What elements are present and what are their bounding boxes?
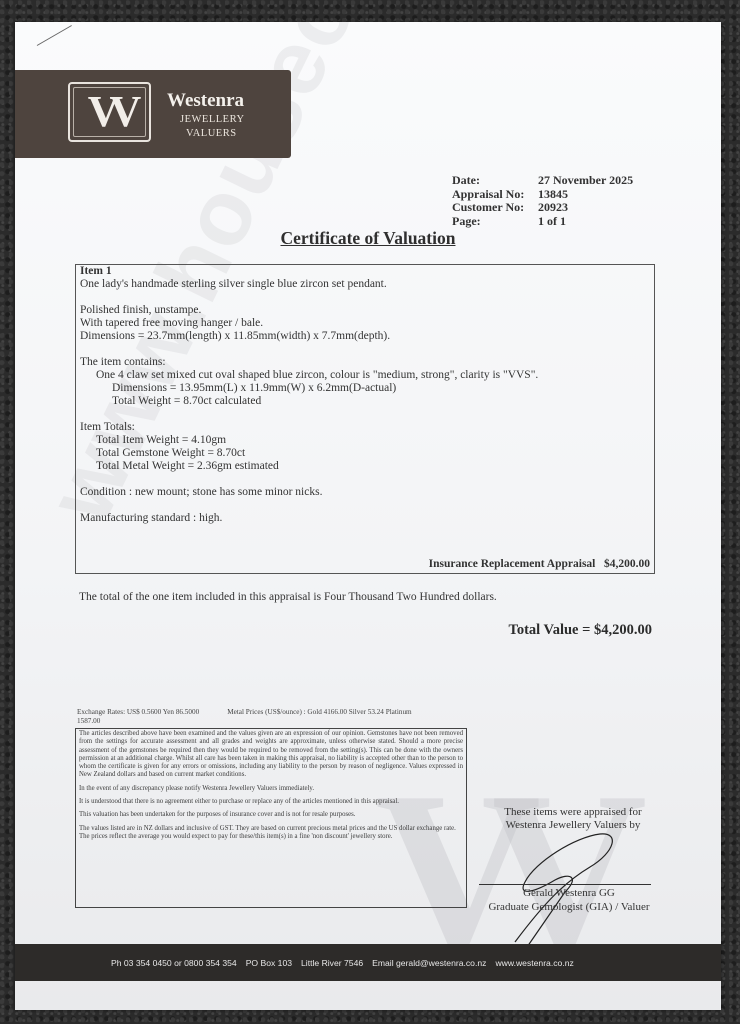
terms-paragraph: The articles described above have been e… xyxy=(79,730,463,780)
brand-header: VV Westenra JEWELLERY VALUERS xyxy=(15,70,291,158)
stone-dimensions: Dimensions = 13.95mm(L) x 11.9mm(W) x 6.… xyxy=(80,382,654,395)
logo-w-icon: VV xyxy=(88,90,132,134)
contains-heading: The item contains: xyxy=(80,356,654,369)
manufacturing-standard: Manufacturing standard : high. xyxy=(80,512,654,525)
total-item-weight: Total Item Weight = 4.10gm xyxy=(80,434,654,447)
total-gemstone-weight: Total Gemstone Weight = 8.70ct xyxy=(80,447,654,460)
metal-prices-cont: 1587.00 xyxy=(77,717,100,725)
item-dimensions: Dimensions = 23.7mm(length) x 11.85mm(wi… xyxy=(80,330,654,343)
item-details-box: Item 1 One lady's handmade sterling silv… xyxy=(75,264,655,574)
signature-line xyxy=(479,884,651,885)
insurance-label: Insurance Replacement Appraisal xyxy=(429,558,596,570)
rates-line: Exchange Rates: US$ 0.5600 Yen 86.5000Me… xyxy=(77,708,477,726)
terms-paragraph: The prices reflect the average you would… xyxy=(79,833,463,841)
stone-description: One 4 claw set mixed cut oval shaped blu… xyxy=(80,369,654,382)
footer-email: Email gerald@westenra.co.nz xyxy=(372,958,486,968)
metal-prices: Metal Prices (US$/ounce) : Gold 4166.00 … xyxy=(227,708,411,716)
item-heading: Item 1 xyxy=(80,265,654,278)
total-in-words: The total of the one item included in th… xyxy=(79,591,497,603)
terms-paragraph: The values listed are in NZ dollars and … xyxy=(79,825,463,833)
page-title: Certificate of Valuation xyxy=(15,228,721,249)
logo-mark: VV xyxy=(68,82,151,142)
total-metal-weight: Total Metal Weight = 2.36gm estimated xyxy=(80,460,654,473)
certificate-page: www.houseofhuia.co.nz VV VV Westenra JEW… xyxy=(15,22,721,1010)
meta-customer-no: Customer No:20923 xyxy=(452,201,633,215)
brand-subtitle-1: JEWELLERY xyxy=(180,114,245,125)
signer-block: Gerald Westenra GG Graduate Gemologist (… xyxy=(471,886,667,914)
footer-website: www.westenra.co.nz xyxy=(495,958,573,968)
insurance-value: $4,200.00 xyxy=(604,558,650,570)
footer-po-box: PO Box 103 xyxy=(246,958,292,968)
signer-title: Graduate Gemologist (GIA) / Valuer xyxy=(471,900,667,914)
pen-mark xyxy=(37,25,72,46)
meta-date: Date:27 November 2025 xyxy=(452,174,633,188)
signer-name: Gerald Westenra GG xyxy=(471,886,667,900)
footer-locality: Little River 7546 xyxy=(301,958,363,968)
terms-paragraph: It is understood that there is no agreem… xyxy=(79,798,463,806)
total-value: Total Value = $4,200.00 xyxy=(509,622,653,639)
terms-paragraph: In the event of any discrepancy please n… xyxy=(79,785,463,793)
brand-name: Westenra xyxy=(167,90,244,112)
meta-appraisal-no: Appraisal No:13845 xyxy=(452,188,633,202)
item-condition: Condition : new mount; stone has some mi… xyxy=(80,486,654,499)
terms-paragraph: This valuation has been undertaken for t… xyxy=(79,811,463,819)
item-hanger: With tapered free moving hanger / bale. xyxy=(80,317,654,330)
insurance-appraisal: Insurance Replacement Appraisal $4,200.0… xyxy=(429,558,650,571)
totals-heading: Item Totals: xyxy=(80,421,654,434)
stone-weight: Total Weight = 8.70ct calculated xyxy=(80,395,654,408)
brand-subtitle-2: VALUERS xyxy=(186,128,237,139)
footer-phone: Ph 03 354 0450 or 0800 354 354 xyxy=(111,958,237,968)
meta-page: Page:1 of 1 xyxy=(452,215,633,229)
exchange-rates: Exchange Rates: US$ 0.5600 Yen 86.5000 xyxy=(77,708,199,716)
appraisal-meta: Date:27 November 2025 Appraisal No:13845… xyxy=(452,174,633,228)
terms-box: The articles described above have been e… xyxy=(75,728,467,908)
item-description: One lady's handmade sterling silver sing… xyxy=(80,278,654,291)
contact-footer: Ph 03 354 0450 or 0800 354 354 PO Box 10… xyxy=(15,944,721,981)
item-finish: Polished finish, unstampe. xyxy=(80,304,654,317)
